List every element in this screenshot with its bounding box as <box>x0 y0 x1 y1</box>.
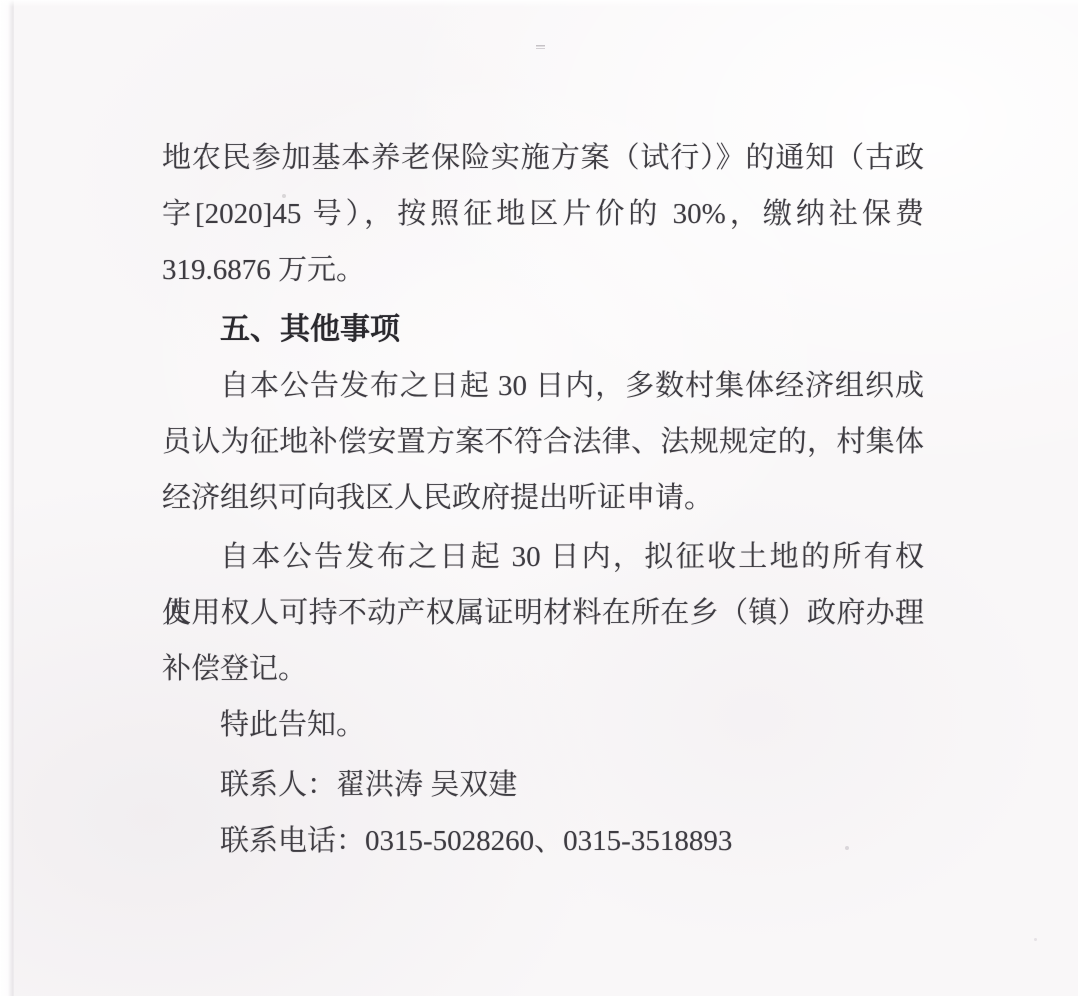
contact-person: 联系人：翟洪涛 吴双建 <box>162 757 924 813</box>
paragraph-hearing-request: 自本公告发布之日起 30 日内，多数村集体经济组织成 员认为征地补偿安置方案不符… <box>162 358 924 526</box>
paragraph-social-security: 地农民参加基本养老保险实施方案（试行）》的通知（古政 字[2020]45 号），… <box>162 130 924 298</box>
contact-phone-line: 联系电话：0315-5028260、0315-3518893 <box>162 813 924 869</box>
paragraph-compensation-registration: 自本公告发布之日起 30 日内，拟征收土地的所有权人、 使用权人可持不动产权属证… <box>162 529 924 697</box>
text-line: 补偿登记。 <box>162 641 924 697</box>
text-line: 地农民参加基本养老保险实施方案（试行）》的通知（古政 <box>162 130 924 186</box>
contact-person-line: 联系人：翟洪涛 吴双建 <box>162 757 924 813</box>
closing-line: 特此告知。 <box>162 697 924 753</box>
notice-body: 地农民参加基本养老保险实施方案（试行）》的通知（古政 字[2020]45 号），… <box>162 130 924 869</box>
text-line: 员认为征地补偿安置方案不符合法律、法规规定的，村集体 <box>162 414 924 470</box>
closing-statement: 特此告知。 <box>162 697 924 753</box>
scanned-document-page: 地农民参加基本养老保险实施方案（试行）》的通知（古政 字[2020]45 号），… <box>0 0 1078 996</box>
scan-left-edge <box>0 0 14 996</box>
text-line: 自本公告发布之日起 30 日内，拟征收土地的所有权人、 <box>162 529 924 585</box>
section-heading: 五、其他事项 <box>162 302 924 358</box>
text-line: 字[2020]45 号），按照征地区片价的 30%，缴纳社保费 <box>162 186 924 242</box>
text-line: 经济组织可向我区人民政府提出听证申请。 <box>162 470 924 526</box>
scan-speck <box>536 45 545 50</box>
section-heading-other-matters: 五、其他事项 <box>162 302 924 358</box>
scan-speck <box>1034 938 1037 941</box>
text-line: 319.6876 万元。 <box>162 242 924 298</box>
text-line: 使用权人可持不动产权属证明材料在所在乡（镇）政府办理 <box>162 585 924 641</box>
contact-phone: 联系电话：0315-5028260、0315-3518893 <box>162 813 924 869</box>
scan-top-edge <box>0 0 1078 7</box>
text-line: 自本公告发布之日起 30 日内，多数村集体经济组织成 <box>162 358 924 414</box>
